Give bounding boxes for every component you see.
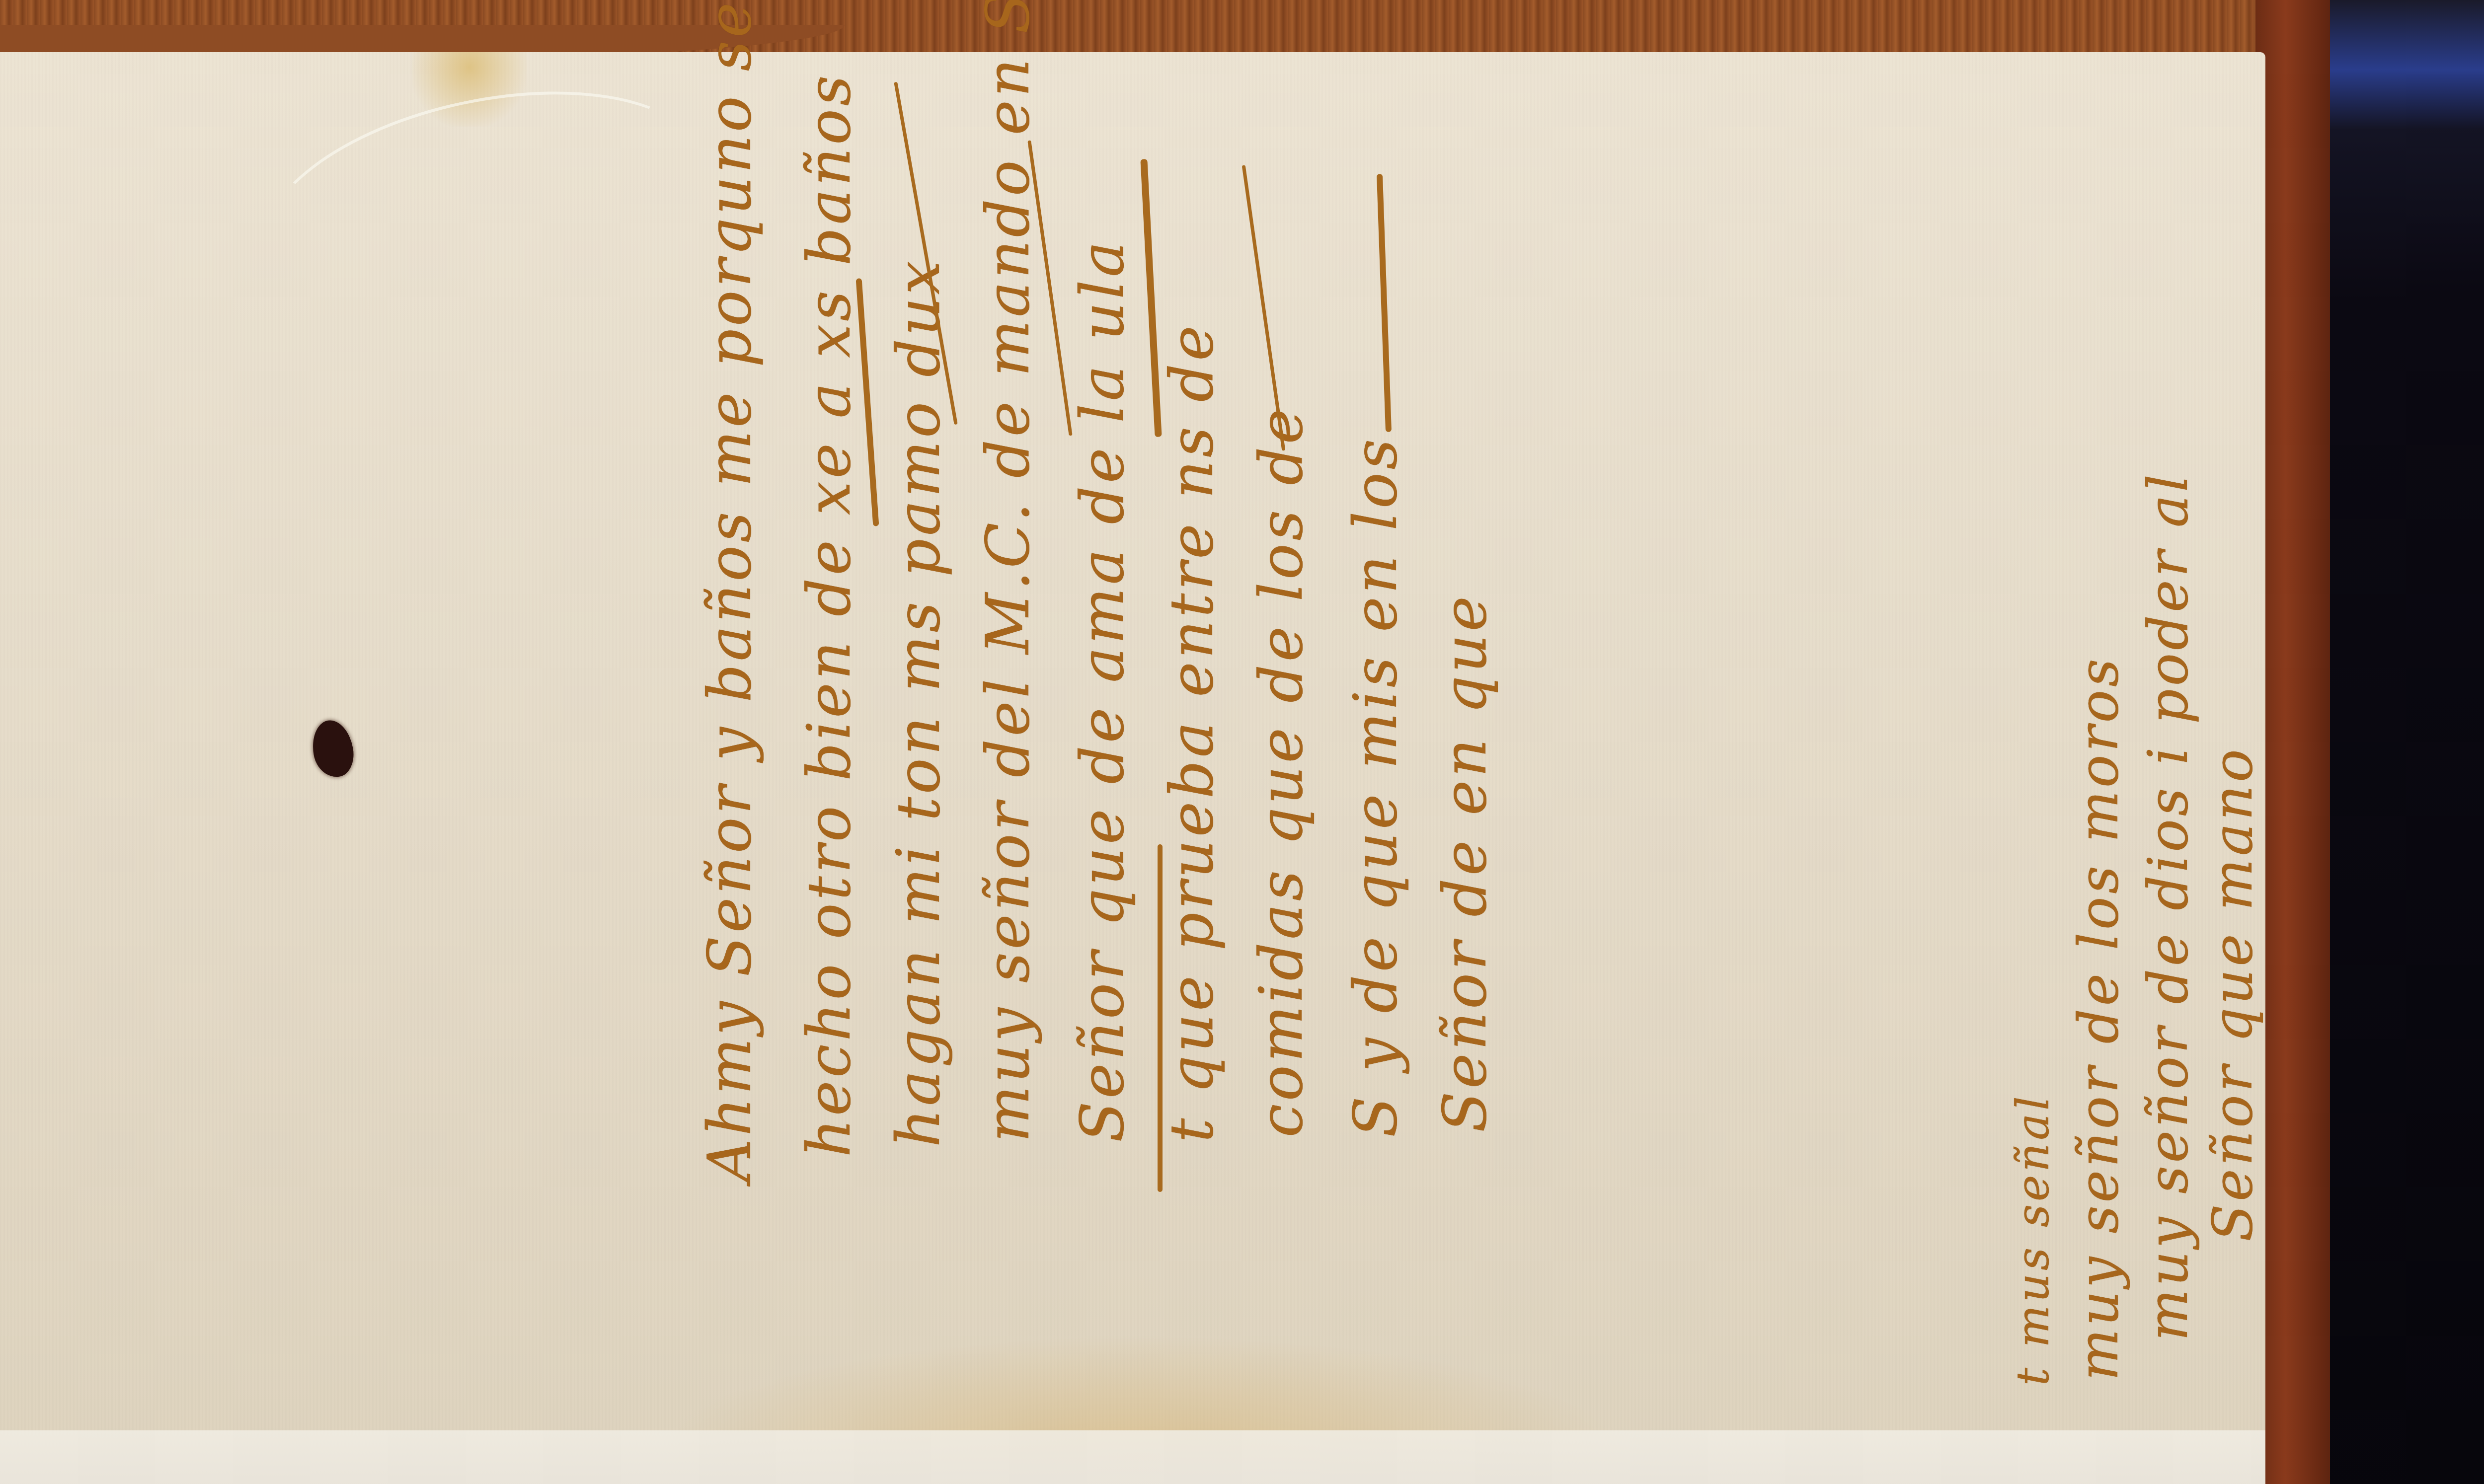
body-line-3: hagan mi ton ms pamo dux [884,258,953,1147]
signature-line-3: Señor que mano [2201,746,2264,1242]
body-line-5: Señor que de ama de la ula [1068,238,1137,1142]
body-line-6: t que prueba entre ns de [1158,322,1227,1142]
wooden-table-edge [0,0,2335,55]
signature-line-1: muy señor de los moros [2067,656,2130,1381]
lower-fold-margin [0,1430,2265,1484]
signature-line-2: muy señor de dios i poder al [2136,471,2200,1341]
leather-binding-edge [2255,0,2330,1484]
photo-scene: Ahmy Señor y baños me porquno señor hech… [0,0,2484,1484]
body-line-1: Ahmy Señor y baños me porquno señor [696,0,765,1182]
body-line-8: S y de que mis en los [1341,436,1410,1137]
underline-stroke [1158,844,1163,1192]
body-line-7: comidas que de los de [1247,406,1316,1137]
body-line-2: hecho otro bien de xe a xs baños [795,73,864,1157]
signature-line-4: t mus señal [2007,1093,2059,1386]
body-line-9: Señor de en que [1431,593,1500,1132]
dark-background [2330,0,2484,1484]
